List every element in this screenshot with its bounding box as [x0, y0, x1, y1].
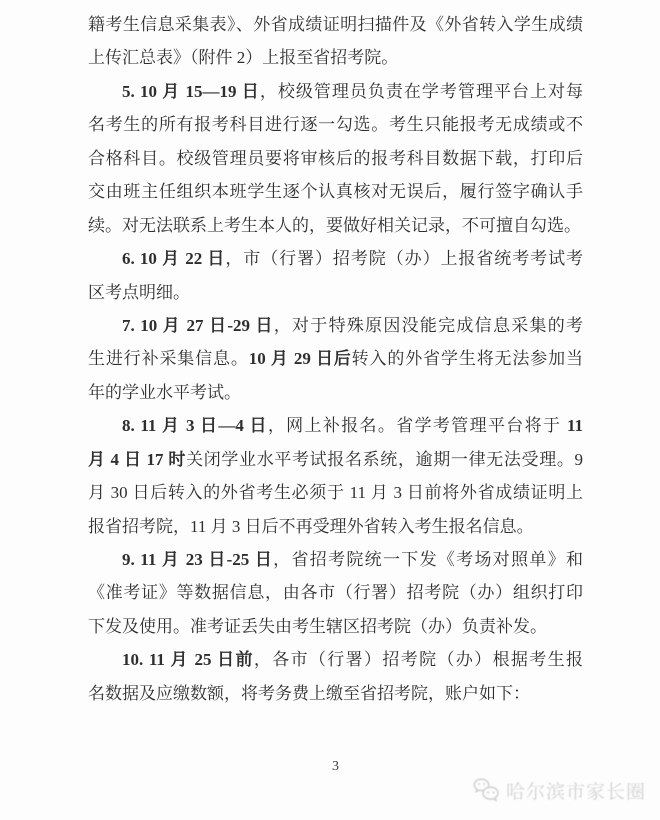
text-segment: ，省招考院统一下发《考场对照单》和: [273, 550, 583, 569]
text-segment: ，对于特殊原因没能完成信息采集的考: [274, 316, 583, 335]
text-line: 6. 10 月 22 日，市（行署）招考院（办）上报省统考考试考: [88, 242, 583, 275]
text-segment: 月 30 日后转入的外省考生必须于 11 月 3 日前将外省成绩证明上: [88, 483, 583, 502]
date-emphasis: 5. 10 月 15—19 日: [122, 82, 260, 101]
watermark-text: 哈尔滨市家长圈: [506, 777, 646, 804]
chat-bubbles-icon: [471, 777, 501, 804]
date-emphasis: 9. 11 月 23 日-25 日: [122, 550, 273, 569]
text-segment: ，网上补报名。省学考管理平台将于: [268, 416, 567, 435]
text-segment: ，各市（行署）招考院（办）根据考生报: [254, 650, 583, 669]
text-segment: 区考点明细。: [88, 283, 190, 302]
text-segment: 关闭学业水平考试报名系统，逾期一律无法受理。9: [186, 450, 583, 469]
document-body: 籍考生信息采集表》、外省成绩证明扫描件及《外省转入学生成绩上传汇总表》（附件 2…: [88, 8, 583, 710]
text-line: 上传汇总表》（附件 2）上报至省招考院。: [88, 41, 583, 74]
watermark: 哈尔滨市家长圈: [471, 777, 646, 804]
text-segment: 报省招考院，11 月 3 日后不再受理外省转入考生报名信息。: [88, 517, 534, 536]
text-segment: 转入的外省学生将无法参加当: [352, 349, 583, 368]
text-line: 7. 10 月 27 日-29 日，对于特殊原因没能完成信息采集的考: [88, 309, 583, 342]
text-line: 月 30 日后转入的外省考生必须于 11 月 3 日前将外省成绩证明上: [88, 476, 583, 509]
text-line: 5. 10 月 15—19 日，校级管理员负责在学考管理平台上对每: [88, 75, 583, 108]
date-emphasis: 10. 11 月 25 日前: [122, 650, 254, 669]
text-line: 籍考生信息采集表》、外省成绩证明扫描件及《外省转入学生成绩: [88, 8, 583, 41]
text-line: 续。对无法联系上考生本人的，要做好相关记录，不可擅自勾选。: [88, 209, 583, 242]
text-line: 名数据及应缴数额，将考务费上缴至省招考院，账户如下：: [88, 677, 583, 710]
text-segment: 下发及使用。准考证丢失由考生辖区招考院（办）负责补发。: [88, 617, 547, 636]
text-segment: 籍考生信息采集表》、外省成绩证明扫描件及《外省转入学生成绩: [88, 15, 583, 34]
date-emphasis: 月 4 日 17 时: [88, 450, 186, 469]
text-line: 10. 11 月 25 日前，各市（行署）招考院（办）根据考生报: [88, 643, 583, 676]
text-segment: 《准考证》等数据信息，由各市（行署）招考院（办）组织打印: [88, 583, 583, 602]
text-line: 交由班主任组织本班学生逐个认真核对无误后，履行签字确认手: [88, 175, 583, 208]
text-line: 报省招考院，11 月 3 日后不再受理外省转入考生报名信息。: [88, 510, 583, 543]
date-emphasis: 7. 10 月 27 日-29 日: [122, 316, 274, 335]
date-emphasis: 11: [567, 416, 583, 435]
date-emphasis: 8. 11 月 3 日—4 日: [122, 416, 268, 435]
text-segment: ，市（行署）招考院（办）上报省统考考试考: [225, 249, 583, 268]
text-line: 《准考证》等数据信息，由各市（行署）招考院（办）组织打印: [88, 576, 583, 609]
text-segment: 上传汇总表》（附件 2）上报至省招考院。: [88, 48, 398, 67]
text-segment: 名考生的所有报考科目进行逐一勾选。考生只能报考无成绩或不: [88, 115, 583, 134]
text-segment: 交由班主任组织本班学生逐个认真核对无误后，履行签字确认手: [88, 182, 583, 201]
text-line: 9. 11 月 23 日-25 日，省招考院统一下发《考场对照单》和: [88, 543, 583, 576]
text-line: 8. 11 月 3 日—4 日，网上补报名。省学考管理平台将于 11: [88, 409, 583, 442]
text-line: 生进行补采集信息。10 月 29 日后转入的外省学生将无法参加当: [88, 342, 583, 375]
text-line: 年的学业水平考试。: [88, 376, 583, 409]
document-page: 籍考生信息采集表》、外省成绩证明扫描件及《外省转入学生成绩上传汇总表》（附件 2…: [0, 0, 660, 820]
text-segment: 生进行补采集信息。: [88, 349, 249, 368]
date-emphasis: 6. 10 月 22 日: [122, 249, 225, 268]
date-emphasis: 10 月 29 日后: [249, 349, 352, 368]
text-line: 区考点明细。: [88, 276, 583, 309]
text-line: 下发及使用。准考证丢失由考生辖区招考院（办）负责补发。: [88, 610, 583, 643]
text-segment: 续。对无法联系上考生本人的，要做好相关记录，不可擅自勾选。: [88, 216, 581, 235]
text-segment: ，校级管理员负责在学考管理平台上对每: [260, 82, 583, 101]
text-line: 月 4 日 17 时关闭学业水平考试报名系统，逾期一律无法受理。9: [88, 443, 583, 476]
text-segment: 名数据及应缴数额，将考务费上缴至省招考院，账户如下：: [88, 684, 530, 703]
text-segment: 年的学业水平考试。: [88, 383, 241, 402]
text-line: 合格科目。校级管理员要将审核后的报考科目数据下载，打印后: [88, 142, 583, 175]
page-number: 3: [88, 759, 583, 775]
text-segment: 合格科目。校级管理员要将审核后的报考科目数据下载，打印后: [88, 149, 583, 168]
text-line: 名考生的所有报考科目进行逐一勾选。考生只能报考无成绩或不: [88, 108, 583, 141]
